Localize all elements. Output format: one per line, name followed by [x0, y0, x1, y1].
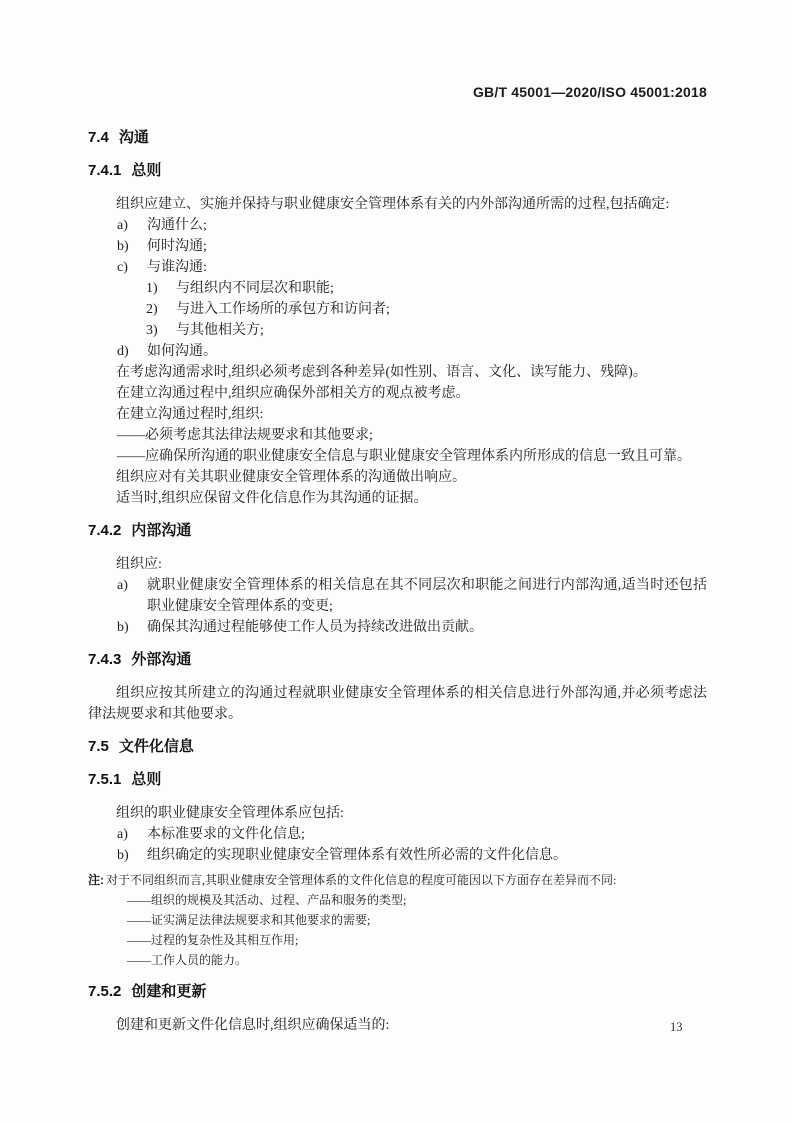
- section-7-4-2-body: 组织应: a) 就职业健康安全管理体系的相关信息在其不同层次和职能之间进行内部沟…: [88, 554, 707, 638]
- section-heading-7-4-2: 7.4.2内部沟通: [88, 521, 707, 541]
- section-heading-7-5-1: 7.5.1总则: [88, 770, 707, 790]
- note-block: 注: 对于不同组织而言,其职业健康安全管理体系的文件化信息的程度可能因以下方面存…: [88, 870, 707, 970]
- list-item-marker: d): [117, 341, 147, 362]
- list-item-text: 何时沟通;: [147, 236, 707, 257]
- list-item-text: 与其他相关方;: [176, 320, 707, 341]
- list-item-marker: 1): [146, 278, 176, 299]
- heading-title: 总则: [131, 771, 161, 788]
- paragraph: 创建和更新文件化信息时,组织应确保适当的:: [88, 1015, 707, 1036]
- paragraph: 在建立沟通过程中,组织应确保外部相关方的观点被考虑。: [88, 383, 707, 404]
- document-page: GB/T 45001—2020/ISO 45001:2018 7.4沟通 7.4…: [0, 0, 793, 1123]
- list-item-text: 本标准要求的文件化信息;: [147, 824, 707, 845]
- heading-number: 7.4.2: [88, 522, 121, 539]
- dash-list-item: ——应确保所沟通的职业健康安全信息与职业健康安全管理体系内所形成的信息一致且可靠…: [117, 446, 707, 467]
- note-dash-item: ——过程的复杂性及其相互作用;: [127, 930, 707, 950]
- paragraph: 组织应建立、实施并保持与职业健康安全管理体系有关的内外部沟通所需的过程,包括确定…: [88, 194, 707, 215]
- list-item-marker: 3): [146, 320, 176, 341]
- section-heading-7-5-2: 7.5.2创建和更新: [88, 982, 707, 1002]
- list-item-text: 与进入工作场所的承包方和访问者;: [176, 299, 707, 320]
- list-item-marker: a): [117, 575, 147, 617]
- heading-number: 7.4.1: [88, 162, 121, 179]
- heading-title: 创建和更新: [131, 983, 206, 1000]
- note-dash-item: ——组织的规模及其活动、过程、产品和服务的类型;: [127, 890, 707, 910]
- heading-title: 文件化信息: [119, 738, 194, 755]
- note-head: 注: 对于不同组织而言,其职业健康安全管理体系的文件化信息的程度可能因以下方面存…: [88, 870, 707, 890]
- heading-number: 7.5: [88, 738, 109, 755]
- note-text: 对于不同组织而言,其职业健康安全管理体系的文件化信息的程度可能因以下方面存在差异…: [106, 870, 707, 890]
- paragraph: 组织的职业健康安全管理体系应包括:: [88, 803, 707, 824]
- section-heading-7-4: 7.4沟通: [88, 128, 707, 148]
- list-item: 3) 与其他相关方;: [146, 320, 707, 341]
- list-item: c) 与谁沟通:: [117, 257, 707, 278]
- section-7-4-3-body: 组织应按其所建立的沟通过程就职业健康安全管理体系的相关信息进行外部沟通,并必须考…: [88, 683, 707, 725]
- section-7-4-1-body: 组织应建立、实施并保持与职业健康安全管理体系有关的内外部沟通所需的过程,包括确定…: [88, 194, 707, 509]
- heading-number: 7.4.3: [88, 651, 121, 668]
- heading-title: 内部沟通: [131, 522, 191, 539]
- list-item-text: 如何沟通。: [147, 341, 707, 362]
- list-item-marker: a): [117, 824, 147, 845]
- list-item-marker: a): [117, 215, 147, 236]
- heading-number: 7.5.2: [88, 983, 121, 1000]
- section-7-5-2-body: 创建和更新文件化信息时,组织应确保适当的:: [88, 1015, 707, 1036]
- note-dash-item: ——证实满足法律法规要求和其他要求的需要;: [127, 910, 707, 930]
- list-item: b) 确保其沟通过程能够使工作人员为持续改进做出贡献。: [117, 617, 707, 638]
- list-item: a) 就职业健康安全管理体系的相关信息在其不同层次和职能之间进行内部沟通,适当时…: [117, 575, 707, 617]
- list-item-text: 与谁沟通:: [147, 257, 707, 278]
- heading-title: 总则: [131, 162, 161, 179]
- note-label: 注:: [88, 870, 104, 890]
- heading-title: 沟通: [119, 129, 149, 146]
- heading-title: 外部沟通: [131, 651, 191, 668]
- list-item-marker: 2): [146, 299, 176, 320]
- section-7-5-1-body: 组织的职业健康安全管理体系应包括: a) 本标准要求的文件化信息; b) 组织确…: [88, 803, 707, 970]
- list-item-marker: b): [117, 617, 147, 638]
- list-item: d) 如何沟通。: [117, 341, 707, 362]
- section-heading-7-5: 7.5文件化信息: [88, 737, 707, 757]
- list-item-text: 确保其沟通过程能够使工作人员为持续改进做出贡献。: [147, 617, 707, 638]
- list-item: 1) 与组织内不同层次和职能;: [146, 278, 707, 299]
- dash-list-item: ——必须考虑其法律法规要求和其他要求;: [117, 425, 707, 446]
- list-item: 2) 与进入工作场所的承包方和访问者;: [146, 299, 707, 320]
- list-item-marker: b): [117, 845, 147, 866]
- section-heading-7-4-3: 7.4.3外部沟通: [88, 650, 707, 670]
- list-item: a) 本标准要求的文件化信息;: [117, 824, 707, 845]
- heading-number: 7.4: [88, 129, 109, 146]
- paragraph: 组织应对有关其职业健康安全管理体系的沟通做出响应。: [88, 467, 707, 488]
- list-item: b) 组织确定的实现职业健康安全管理体系有效性所必需的文件化信息。: [117, 845, 707, 866]
- list-item: a) 沟通什么;: [117, 215, 707, 236]
- paragraph: 组织应:: [88, 554, 707, 575]
- heading-number: 7.5.1: [88, 771, 121, 788]
- page-header: GB/T 45001—2020/ISO 45001:2018: [88, 84, 707, 100]
- page-number: 13: [670, 1020, 683, 1035]
- list-item-text: 组织确定的实现职业健康安全管理体系有效性所必需的文件化信息。: [147, 845, 707, 866]
- list-item-marker: b): [117, 236, 147, 257]
- list-item-text: 就职业健康安全管理体系的相关信息在其不同层次和职能之间进行内部沟通,适当时还包括…: [147, 575, 707, 617]
- list-item: b) 何时沟通;: [117, 236, 707, 257]
- list-item-marker: c): [117, 257, 147, 278]
- note-dash-item: ——工作人员的能力。: [127, 950, 707, 970]
- paragraph: 在考虑沟通需求时,组织必须考虑到各种差异(如性别、语言、文化、读写能力、残障)。: [88, 362, 707, 383]
- paragraph: 适当时,组织应保留文件化信息作为其沟通的证据。: [88, 488, 707, 509]
- standard-code: GB/T 45001—2020/ISO 45001:2018: [473, 84, 707, 100]
- list-item-text: 与组织内不同层次和职能;: [176, 278, 707, 299]
- paragraph: 在建立沟通过程时,组织:: [88, 404, 707, 425]
- paragraph: 组织应按其所建立的沟通过程就职业健康安全管理体系的相关信息进行外部沟通,并必须考…: [88, 683, 707, 725]
- list-item-text: 沟通什么;: [147, 215, 707, 236]
- section-heading-7-4-1: 7.4.1总则: [88, 161, 707, 181]
